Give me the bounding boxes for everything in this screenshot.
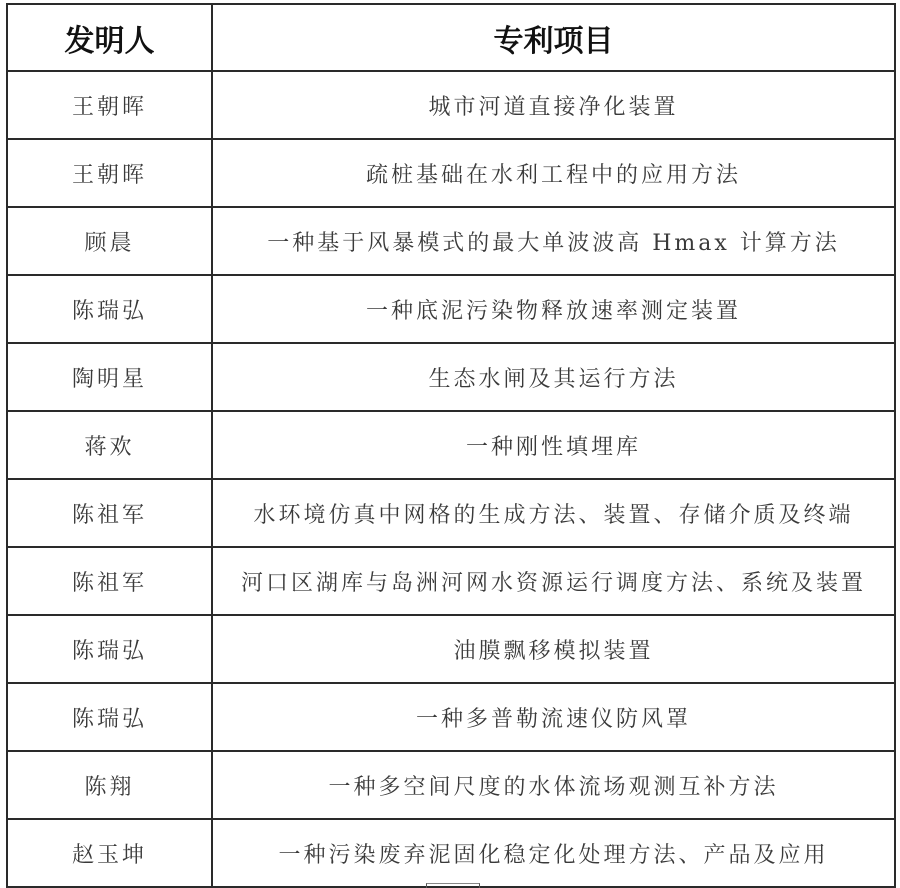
table-row: 陈瑞弘 一种多普勒流速仪防风罩 — [7, 683, 895, 751]
header-inventor: 发明人 — [7, 4, 212, 71]
patent-cell: 一种刚性填埋库 — [212, 411, 895, 479]
inventor-cell: 陈瑞弘 — [7, 683, 212, 751]
patent-cell: 河口区湖库与岛洲河网水资源运行调度方法、系统及装置 — [212, 547, 895, 615]
inventor-cell: 陈祖军 — [7, 479, 212, 547]
inventor-cell: 王朝晖 — [7, 139, 212, 207]
table-row: 陈祖军 河口区湖库与岛洲河网水资源运行调度方法、系统及装置 — [7, 547, 895, 615]
patent-cell: 一种多普勒流速仪防风罩 — [212, 683, 895, 751]
inventor-cell: 赵玉坤 — [7, 819, 212, 887]
table-row: 赵玉坤 一种污染废弃泥固化稳定化处理方法、产品及应用 — [7, 819, 895, 887]
patent-cell: 油膜飘移模拟装置 — [212, 615, 895, 683]
table-row: 陈祖军 水环境仿真中网格的生成方法、装置、存储介质及终端 — [7, 479, 895, 547]
inventor-cell: 顾晨 — [7, 207, 212, 275]
patent-cell: 一种底泥污染物释放速率测定装置 — [212, 275, 895, 343]
patent-cell: 一种污染废弃泥固化稳定化处理方法、产品及应用 — [212, 819, 895, 887]
header-row: 发明人 专利项目 — [7, 4, 895, 71]
inventor-cell: 陶明星 — [7, 343, 212, 411]
scan-artifact — [426, 883, 480, 888]
table-row: 陈瑞弘 一种底泥污染物释放速率测定装置 — [7, 275, 895, 343]
table-row: 陶明星 生态水闸及其运行方法 — [7, 343, 895, 411]
patent-cell: 城市河道直接净化装置 — [212, 71, 895, 139]
inventor-cell: 陈祖军 — [7, 547, 212, 615]
inventor-cell: 蒋欢 — [7, 411, 212, 479]
inventor-cell: 陈瑞弘 — [7, 615, 212, 683]
patent-cell: 生态水闸及其运行方法 — [212, 343, 895, 411]
patent-cell: 一种多空间尺度的水体流场观测互补方法 — [212, 751, 895, 819]
table-row: 王朝晖 城市河道直接净化装置 — [7, 71, 895, 139]
table-row: 蒋欢 一种刚性填埋库 — [7, 411, 895, 479]
table-row: 顾晨 一种基于风暴模式的最大单波波高 Hmax 计算方法 — [7, 207, 895, 275]
inventor-cell: 陈翔 — [7, 751, 212, 819]
inventor-cell: 陈瑞弘 — [7, 275, 212, 343]
table-row: 王朝晖 疏桩基础在水利工程中的应用方法 — [7, 139, 895, 207]
patent-cell: 水环境仿真中网格的生成方法、装置、存储介质及终端 — [212, 479, 895, 547]
table-row: 陈翔 一种多空间尺度的水体流场观测互补方法 — [7, 751, 895, 819]
table-row: 陈瑞弘 油膜飘移模拟装置 — [7, 615, 895, 683]
inventor-cell: 王朝晖 — [7, 71, 212, 139]
patent-cell: 疏桩基础在水利工程中的应用方法 — [212, 139, 895, 207]
header-patent: 专利项目 — [212, 4, 895, 71]
patent-cell: 一种基于风暴模式的最大单波波高 Hmax 计算方法 — [212, 207, 895, 275]
patent-table: 发明人 专利项目 王朝晖 城市河道直接净化装置 王朝晖 疏桩基础在水利工程中的应… — [6, 3, 896, 888]
